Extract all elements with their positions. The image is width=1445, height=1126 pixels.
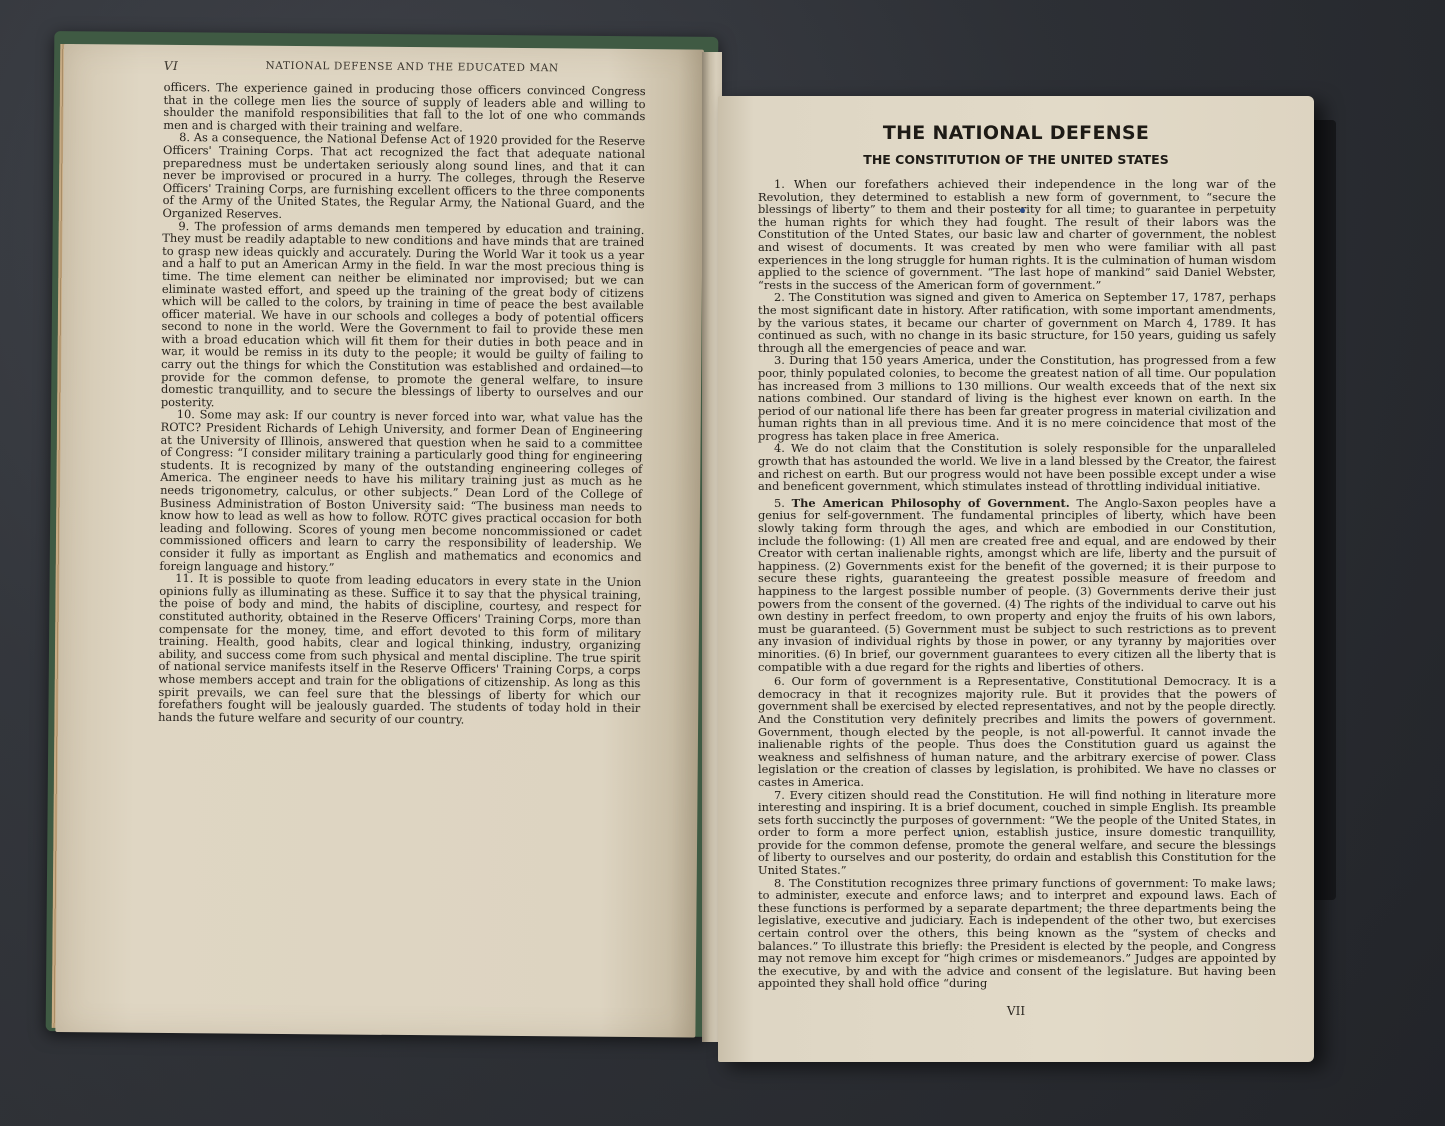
paragraph-9: 9. The profession of arms demands men te… — [161, 219, 645, 412]
paragraph-1: 1. When our forefathers achieved their i… — [758, 178, 1276, 291]
paragraph-continuation: officers. The experience gained in produ… — [163, 81, 645, 136]
left-page-body: officers. The experience gained in produ… — [158, 81, 646, 727]
chapter-title: THE NATIONAL DEFENSE — [718, 122, 1314, 144]
ink-spot — [958, 834, 961, 837]
paragraph-11: 11. It is possible to quote from leading… — [158, 572, 641, 727]
paragraph-10: 10. Some may ask: If our country is neve… — [159, 408, 642, 576]
paragraph-8: 8. The Constitution recognizes three pri… — [758, 877, 1276, 990]
paragraph-7: 7. Every citizen should read the Constit… — [758, 789, 1276, 877]
paragraph-5: 5. The American Philosophy of Government… — [758, 497, 1276, 673]
paragraph-3: 3. During that 150 years America, under … — [758, 354, 1276, 442]
right-page-body: 1. When our forefathers achieved their i… — [758, 178, 1276, 990]
section-title: THE CONSTITUTION OF THE UNITED STATES — [718, 152, 1314, 167]
paragraph-8: 8. As a consequence, the National Defens… — [162, 131, 645, 223]
paragraph-2: 2. The Constitution was signed and given… — [758, 291, 1276, 354]
left-page: VI NATIONAL DEFENSE AND THE EDUCATED MAN… — [55, 44, 704, 1038]
paragraph-6: 6. Our form of government is a Represent… — [758, 675, 1276, 788]
paragraph-4: 4. We do not claim that the Constitution… — [758, 442, 1276, 492]
right-folio: VII — [718, 1004, 1314, 1018]
paragraph-5-text: The Anglo-Saxon peoples have a genius fo… — [758, 496, 1276, 674]
ink-spot — [1020, 208, 1025, 213]
running-head: VI NATIONAL DEFENSE AND THE EDUCATED MAN — [164, 59, 646, 77]
right-cover-shadow — [1314, 120, 1336, 900]
left-folio: VI — [164, 59, 179, 73]
running-head-title: NATIONAL DEFENSE AND THE EDUCATED MAN — [178, 59, 645, 77]
right-page: THE NATIONAL DEFENSE THE CONSTITUTION OF… — [718, 96, 1314, 1062]
